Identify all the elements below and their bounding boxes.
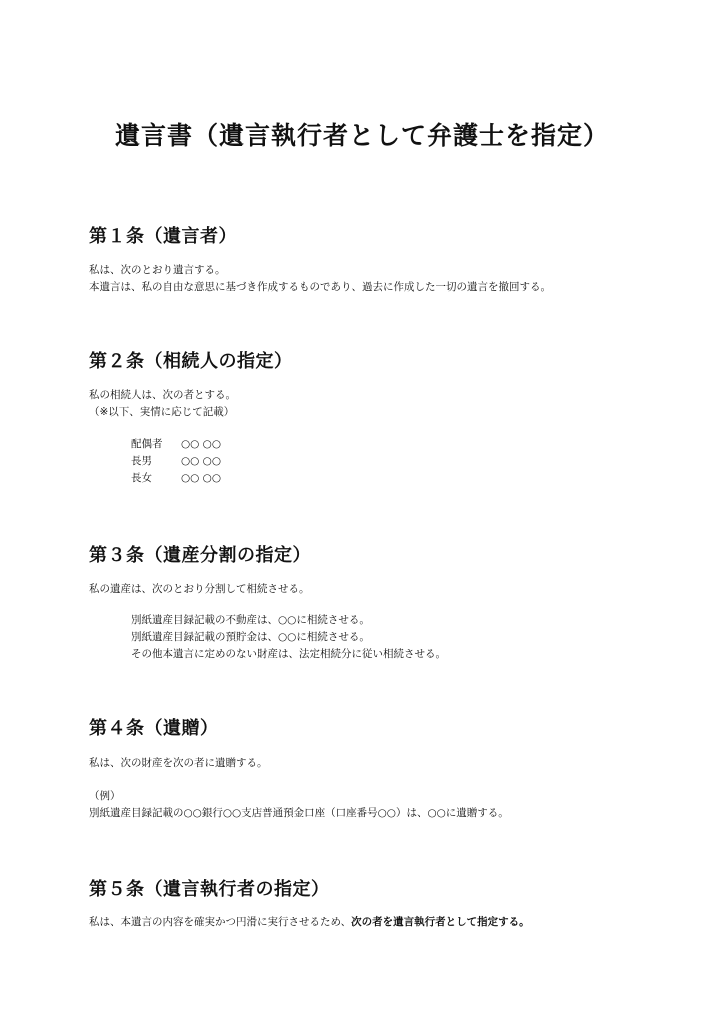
heir-name: ○○ ○○ bbox=[181, 436, 221, 453]
article-4-heading: 第４条（遺贈） bbox=[89, 714, 219, 740]
article-3-heading: 第３条（遺産分割の指定） bbox=[89, 541, 311, 567]
article-1-line-2: 本遺言は、私の自由な意思に基づき作成するものであり、過去に作成した一切の遺言を撤… bbox=[89, 279, 551, 296]
article-4-body: 私は、次の財産を次の者に遺贈する。 bbox=[89, 755, 268, 772]
heir-name: ○○ ○○ bbox=[181, 470, 221, 487]
article-1-line-1: 私は、次のとおり遺言する。 bbox=[89, 262, 551, 279]
article-3-body: 私の遺産は、次のとおり分割して相続させる。 bbox=[89, 581, 310, 598]
article-3-item: 別紙遺産目録記載の不動産は、○○に相続させる。 bbox=[131, 612, 446, 629]
example-label: （例） bbox=[89, 788, 509, 805]
heir-name: ○○ ○○ bbox=[181, 453, 221, 470]
heir-relation: 長女 bbox=[131, 470, 181, 487]
article-5-body: 私は、本遺言の内容を確実かつ円滑に実行させるため、次の者を遺言執行者として指定す… bbox=[89, 914, 530, 931]
heir-relation: 配偶者 bbox=[131, 436, 181, 453]
article-5-heading: 第５条（遺言執行者の指定） bbox=[89, 875, 330, 901]
document-title: 遺言書（遺言執行者として弁護士を指定） bbox=[0, 116, 724, 152]
article-2-heading: 第２条（相続人の指定） bbox=[89, 347, 293, 373]
example-text: 別紙遺産目録記載の○○銀行○○支店普通預金口座（口座番号○○）は、○○に遺贈する… bbox=[89, 805, 509, 822]
heir-relation: 長男 bbox=[131, 453, 181, 470]
article-1-body: 私は、次のとおり遺言する。 本遺言は、私の自由な意思に基づき作成するものであり、… bbox=[89, 262, 551, 296]
heir-row: 長女 ○○ ○○ bbox=[131, 470, 221, 487]
article-2-body: 私の相続人は、次の者とする。 （※以下、実情に応じて記載） bbox=[89, 387, 236, 421]
article-3-item: 別紙遺産目録記載の預貯金は、○○に相続させる。 bbox=[131, 629, 446, 646]
article-2-line-1: 私の相続人は、次の者とする。 bbox=[89, 387, 236, 404]
article-5-text: 私は、本遺言の内容を確実かつ円滑に実行させるため、 bbox=[89, 916, 351, 928]
article-2-line-2: （※以下、実情に応じて記載） bbox=[89, 404, 236, 421]
article-3-item: その他本遺言に定めのない財産は、法定相続分に従い相続させる。 bbox=[131, 646, 446, 663]
article-5-text-bold: 次の者を遺言執行者として指定する。 bbox=[351, 916, 530, 928]
article-3-line-1: 私の遺産は、次のとおり分割して相続させる。 bbox=[89, 581, 310, 598]
heir-row: 配偶者 ○○ ○○ bbox=[131, 436, 221, 453]
article-1-heading: 第１条（遺言者） bbox=[89, 222, 237, 248]
article-4-example: （例） 別紙遺産目録記載の○○銀行○○支店普通預金口座（口座番号○○）は、○○に… bbox=[89, 788, 509, 822]
heir-row: 長男 ○○ ○○ bbox=[131, 453, 221, 470]
article-4-line-1: 私は、次の財産を次の者に遺贈する。 bbox=[89, 755, 268, 772]
article-3-items: 別紙遺産目録記載の不動産は、○○に相続させる。 別紙遺産目録記載の預貯金は、○○… bbox=[131, 612, 446, 663]
heir-list: 配偶者 ○○ ○○ 長男 ○○ ○○ 長女 ○○ ○○ bbox=[131, 436, 221, 487]
